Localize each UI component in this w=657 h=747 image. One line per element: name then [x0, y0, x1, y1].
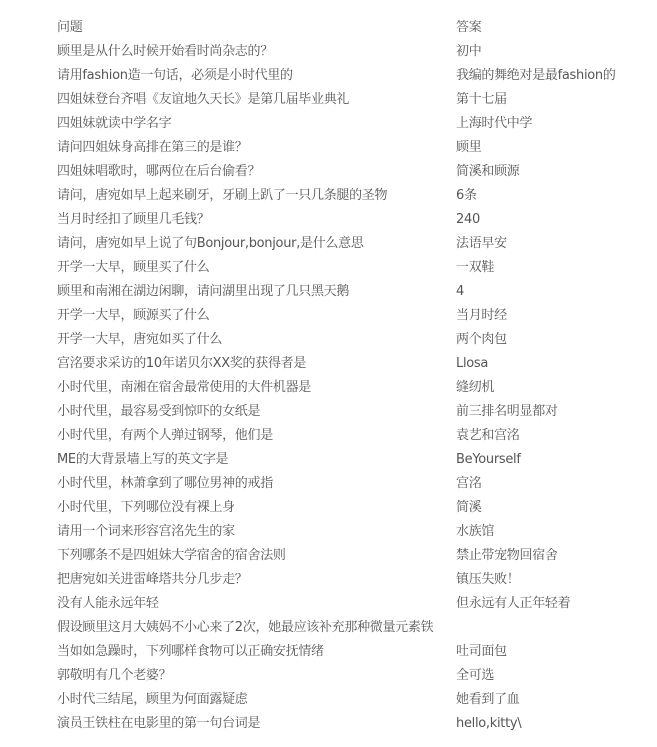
table-row: 四姐妹就读中学名字上海时代中学: [57, 112, 657, 136]
question-cell: 下列哪条不是四姐妹大学宿舍的宿舍法则: [57, 544, 456, 568]
answer-cell: 第十七届: [456, 88, 657, 112]
question-cell: 开学一大早，顾源买了什么: [57, 304, 456, 328]
answer-cell: 前三排名明显都对: [456, 400, 657, 424]
question-cell: 顾里和南湘在湖边闲聊，请问湖里出现了几只黑天鹅: [57, 280, 456, 304]
question-cell: 小时代里，林萧拿到了哪位男神的戒指: [57, 472, 456, 496]
table-row: 四姐妹唱歌时，哪两位在后台偷看？简溪和顾源: [57, 160, 657, 184]
table-row: 四姐妹登台齐唱《友谊地久天长》是第几届毕业典礼第十七届: [57, 88, 657, 112]
question-cell: ME的大背景墙上写的英文字是: [57, 448, 456, 472]
table-row: 把唐宛如关进雷峰塔共分几步走？镇压失败！: [57, 568, 657, 592]
answer-cell: 吐司面包: [456, 640, 657, 664]
table-row: 请问四姐妹身高排在第三的是谁？顾里: [57, 136, 657, 160]
question-cell: 小时代里，南湘在宿舍最常使用的大件机器是: [57, 376, 456, 400]
table-row: 演员王铁柱在电影里的第一句台词是hello,kitty\: [57, 712, 657, 736]
table-row: 下列哪条不是四姐妹大学宿舍的宿舍法则禁止带宠物回宿舍: [57, 544, 657, 568]
answer-cell: 法语早安: [456, 232, 657, 256]
table-row: 请问，唐宛如早上起来刷牙，牙刷上趴了一只几条腿的圣物6条: [57, 184, 657, 208]
table-row: 小时代里，有两个人弹过钢琴，他们是袁艺和宫洺: [57, 424, 657, 448]
question-cell: 宫洺要求采访的10年诺贝尔XX奖的获得者是: [57, 352, 456, 376]
question-cell: 四姐妹唱歌时，哪两位在后台偷看？: [57, 160, 456, 184]
table-row: 宫洺要求采访的10年诺贝尔XX奖的获得者是Llosa: [57, 352, 657, 376]
answer-cell: 她看到了血: [456, 688, 657, 712]
answer-cell: Llosa: [456, 352, 657, 376]
answer-cell: 当月时经: [456, 304, 657, 328]
table-row: 郭敬明有几个老婆？全可选: [57, 664, 657, 688]
table-row: 小时代三结尾，顾里为何面露疑虑她看到了血: [57, 688, 657, 712]
question-cell: 演员王铁柱在电影里的第一句台词是: [57, 712, 456, 736]
table-row: 请问，唐宛如早上说了句Bonjour,bonjour,是什么意思法语早安: [57, 232, 657, 256]
table-header-row: 问题 答案: [57, 16, 657, 40]
answer-cell: 上海时代中学: [456, 112, 657, 136]
answer-cell: 水族馆: [456, 520, 657, 544]
header-answer: 答案: [456, 16, 657, 40]
question-cell: 四姐妹登台齐唱《友谊地久天长》是第几届毕业典礼: [57, 88, 456, 112]
answer-cell: 禁止带宠物回宿舍: [456, 544, 657, 568]
question-cell: 请问，唐宛如早上说了句Bonjour,bonjour,是什么意思: [57, 232, 456, 256]
table-row: 开学一大早，顾里买了什么一双鞋: [57, 256, 657, 280]
answer-cell: 240: [456, 208, 657, 232]
answer-cell: 简溪: [456, 496, 657, 520]
answer-cell: 缝纫机: [456, 376, 657, 400]
table-row: 小时代里，下列哪位没有裸上身简溪: [57, 496, 657, 520]
answer-cell: 我编的舞绝对是最fashion的: [456, 64, 657, 88]
answer-cell: 初中: [456, 40, 657, 64]
table-row: 假设顾里这月大姨妈不小心来了2次，她最应该补充那种微量元素铁: [57, 616, 657, 640]
question-cell: 小时代里，有两个人弹过钢琴，他们是: [57, 424, 456, 448]
question-cell: 开学一大早，唐宛如买了什么: [57, 328, 456, 352]
answer-cell: 全可选: [456, 664, 657, 688]
table-row: 开学一大早，顾源买了什么当月时经: [57, 304, 657, 328]
question-cell: 请问，唐宛如早上起来刷牙，牙刷上趴了一只几条腿的圣物: [57, 184, 456, 208]
question-cell: 开学一大早，顾里买了什么: [57, 256, 456, 280]
answer-cell: 6条: [456, 184, 657, 208]
header-question: 问题: [57, 16, 456, 40]
answer-cell: 两个肉包: [456, 328, 657, 352]
question-cell: 小时代里，最容易受到惊吓的女纸是: [57, 400, 456, 424]
table-body: 顾里是从什么时候开始看时尚杂志的？初中请用fashion造一句话，必须是小时代里…: [57, 40, 657, 736]
question-cell: 小时代里，下列哪位没有裸上身: [57, 496, 456, 520]
question-cell: 请用fashion造一句话，必须是小时代里的: [57, 64, 456, 88]
table-row: 小时代里，林萧拿到了哪位男神的戒指宫洺: [57, 472, 657, 496]
answer-cell: 4: [456, 280, 657, 304]
answer-cell: 袁艺和宫洺: [456, 424, 657, 448]
answer-cell: 简溪和顾源: [456, 160, 657, 184]
question-cell: 没有人能永远年轻: [57, 592, 456, 616]
qa-table: 问题 答案 顾里是从什么时候开始看时尚杂志的？初中请用fashion造一句话，必…: [57, 16, 657, 736]
table-row: 请用一个词来形容宫洺先生的家水族馆: [57, 520, 657, 544]
table-row: 顾里是从什么时候开始看时尚杂志的？初中: [57, 40, 657, 64]
answer-cell: 顾里: [456, 136, 657, 160]
table-row: 小时代里，南湘在宿舍最常使用的大件机器是缝纫机: [57, 376, 657, 400]
table-row: ME的大背景墙上写的英文字是BeYourself: [57, 448, 657, 472]
answer-cell: 但永远有人正年轻着: [456, 592, 657, 616]
table-row: 没有人能永远年轻但永远有人正年轻着: [57, 592, 657, 616]
table-row: 小时代里，最容易受到惊吓的女纸是前三排名明显都对: [57, 400, 657, 424]
question-cell: 顾里是从什么时候开始看时尚杂志的？: [57, 40, 456, 64]
answer-cell: 镇压失败！: [456, 568, 657, 592]
table-row: 当如如急躁时，下列哪样食物可以正确安抚情绪吐司面包: [57, 640, 657, 664]
table-row: 当月时经扣了顾里几毛钱？240: [57, 208, 657, 232]
answer-cell: [456, 616, 657, 640]
question-cell: 假设顾里这月大姨妈不小心来了2次，她最应该补充那种微量元素铁: [57, 616, 456, 640]
question-cell: 四姐妹就读中学名字: [57, 112, 456, 136]
question-cell: 当如如急躁时，下列哪样食物可以正确安抚情绪: [57, 640, 456, 664]
question-cell: 郭敬明有几个老婆？: [57, 664, 456, 688]
table-row: 顾里和南湘在湖边闲聊，请问湖里出现了几只黑天鹅4: [57, 280, 657, 304]
answer-cell: 宫洺: [456, 472, 657, 496]
answer-cell: 一双鞋: [456, 256, 657, 280]
answer-cell: hello,kitty\: [456, 712, 657, 736]
question-cell: 把唐宛如关进雷峰塔共分几步走？: [57, 568, 456, 592]
table-row: 开学一大早，唐宛如买了什么两个肉包: [57, 328, 657, 352]
question-cell: 请问四姐妹身高排在第三的是谁？: [57, 136, 456, 160]
question-cell: 请用一个词来形容宫洺先生的家: [57, 520, 456, 544]
question-cell: 当月时经扣了顾里几毛钱？: [57, 208, 456, 232]
answer-cell: BeYourself: [456, 448, 657, 472]
question-cell: 小时代三结尾，顾里为何面露疑虑: [57, 688, 456, 712]
table-row: 请用fashion造一句话，必须是小时代里的我编的舞绝对是最fashion的: [57, 64, 657, 88]
